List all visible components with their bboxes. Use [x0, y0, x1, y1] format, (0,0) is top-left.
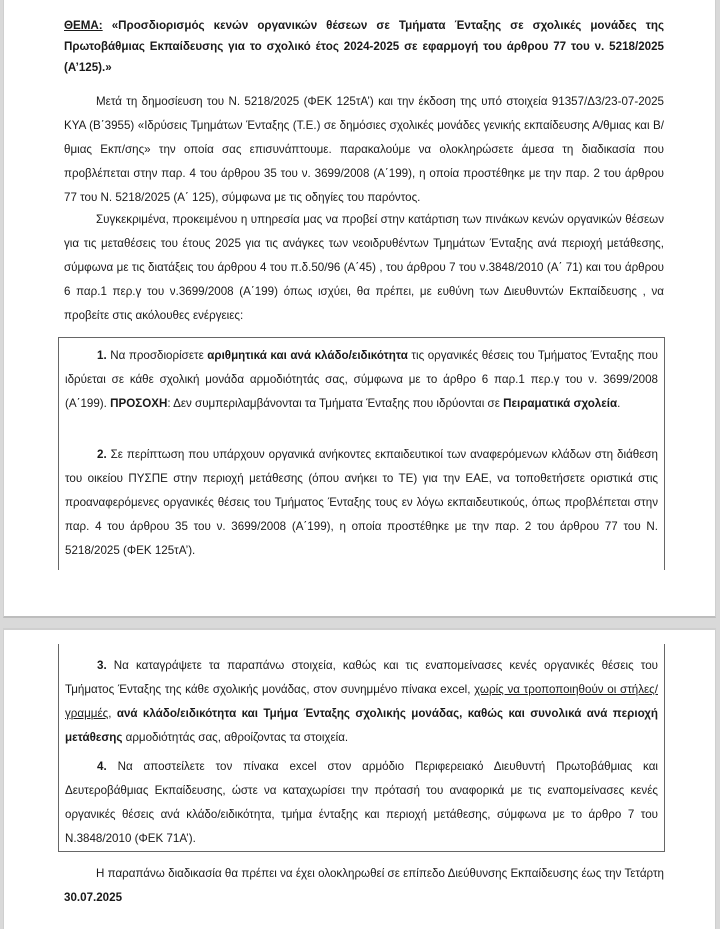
closing-text: Η παραπάνω διαδικασία θα πρέπει να έχει …: [96, 867, 664, 880]
item-text: Να προσδιορίσετε: [107, 349, 208, 362]
action-item-1: 1. Να προσδιορίσετε αριθμητικά και ανά κ…: [65, 344, 658, 416]
item-text: Σε περίπτωση που υπάρχουν οργανικά ανήκο…: [65, 448, 658, 557]
action-items-box-2: 3. Να καταγράψετε τα παραπάνω στοιχεία, …: [58, 644, 665, 852]
attention-label: ΠΡΟΣΟΧΗ: [110, 397, 167, 410]
item-number: 3.: [97, 659, 107, 672]
item-emphasis: αριθμητικά και ανά κλάδο/ειδικότητα: [207, 349, 408, 362]
item-number: 4.: [97, 760, 107, 773]
subject-label: ΘΕΜΑ:: [64, 19, 103, 32]
closing-paragraph: Η παραπάνω διαδικασία θα πρέπει να έχει …: [64, 862, 664, 910]
action-item-4: 4. Να αποστείλετε τον πίνακα excel στον …: [65, 755, 658, 851]
item-text: Να αποστείλετε τον πίνακα excel στον αρμ…: [65, 760, 658, 845]
deadline-date: 30.07.2025: [64, 891, 122, 904]
subject-heading: ΘΕΜΑ: «Προσδιορισμός κενών οργανικών θέσ…: [64, 15, 664, 78]
action-items-box-1: 1. Να προσδιορίσετε αριθμητικά και ανά κ…: [58, 337, 665, 570]
instructions-paragraph: Συγκεκριμένα, προκειμένου η υπηρεσία μας…: [64, 208, 664, 328]
item-number: 2.: [97, 448, 107, 461]
action-item-2: 2. Σε περίπτωση που υπάρχουν οργανικά αν…: [65, 443, 658, 563]
document-page-2: 3. Να καταγράψετε τα παραπάνω στοιχεία, …: [3, 628, 716, 929]
subject-text: «Προσδιορισμός κενών οργανικών θέσεων σε…: [64, 19, 664, 74]
item-text: : Δεν συμπεριλαμβάνονται τα Τμήματα Έντα…: [167, 397, 503, 410]
intro-paragraph: Μετά τη δημοσίευση του Ν. 5218/2025 (ΦΕΚ…: [64, 90, 664, 210]
item-text: ,: [108, 707, 117, 720]
item-text: αρμοδιότητάς σας, αθροίζοντας τα στοιχεί…: [122, 731, 348, 744]
action-item-3: 3. Να καταγράψετε τα παραπάνω στοιχεία, …: [65, 654, 658, 750]
item-text: .: [617, 397, 620, 410]
item-number: 1.: [97, 349, 107, 362]
item-emphasis: Πειραματικά σχολεία: [503, 397, 617, 410]
document-page-1: ΘΕΜΑ: «Προσδιορισμός κενών οργανικών θέσ…: [3, 0, 716, 618]
